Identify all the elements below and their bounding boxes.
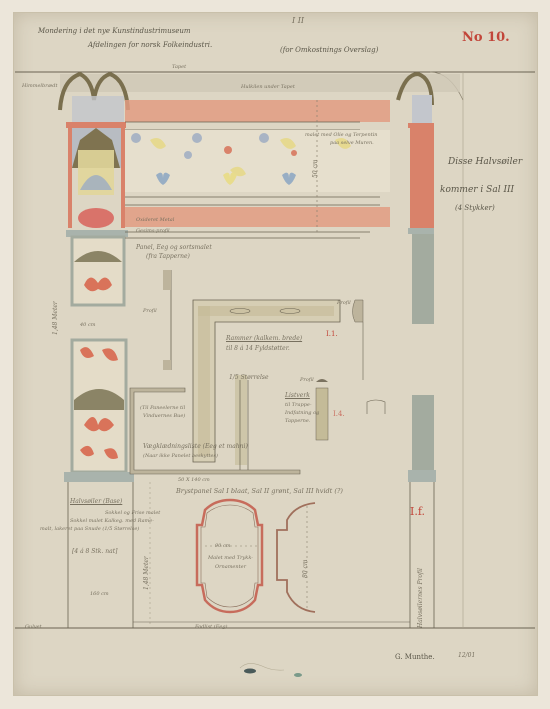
label-hoeiden: 1,48 Meter (143, 556, 150, 590)
mark-If: I.f. (410, 505, 425, 518)
label-cartouche-note-1: Malet med Trykk- (208, 555, 253, 561)
label-himmelbraedt: Himmelbrædt (22, 83, 58, 89)
label-listverk-4: Tapperne. (285, 418, 310, 424)
label-halvsoiler-title: Halvsøiler (Base) (70, 498, 122, 505)
column-shaft-upper (72, 237, 124, 305)
label-left-dim: 1,48 Meter (52, 301, 59, 335)
label-fodlist: Fodlist (Eeg) (195, 624, 227, 630)
signature-date: 12/01 (458, 652, 475, 659)
label-cartouche-note-2: Ornamenter (215, 564, 246, 570)
label-vaeglister-2: (Naar ikke Panelet beskyttes) (143, 453, 218, 459)
roman-marks: I II (292, 16, 304, 25)
label-rammer-2: til 8 á 14 Fyldstøtter. (226, 345, 290, 352)
label-vaeg-note-2: Vinduernes Bue) (143, 413, 185, 419)
label-hulkilen: Hulkilen under Tapet (241, 84, 295, 90)
right-column (398, 74, 436, 628)
sheet-number: No 10. (462, 30, 510, 45)
label-gulvet: Gulvet (25, 624, 42, 630)
label-vaeg-note-1: (Til Paneelerne til (140, 405, 185, 411)
profile-right (353, 300, 364, 380)
label-halvsoiler-2: Sokkel malet Kalkeg. med Rame- (70, 518, 154, 524)
label-halvsoiler-1: Sokkel og Frise malet (105, 510, 160, 516)
label-panel-2: (fra Tapperne) (146, 253, 190, 260)
label-rammer-1: Rammer (kalkem. brede) (226, 335, 302, 342)
mark-I1: I.1. (326, 330, 338, 338)
label-halvsoiler-4: [4 á 8 Stk. nat] (72, 548, 117, 555)
label-halvsoilernes-profil: Halvsøilernes Profil (417, 568, 424, 628)
label-tapet: Tapet (172, 64, 186, 70)
title-line-1: Mondering i det nye Kunstindustrimuseum (38, 27, 191, 35)
label-halvsoiler-3: malt, lakeret paa Snude (1/5 Størrelse) (40, 526, 139, 532)
label-profil-left: Profil (143, 308, 157, 314)
label-oxidered: Oxideret Metal (136, 217, 174, 223)
signature-name: G. Munthe. (395, 653, 435, 661)
label-listverk-3: Indfatning og (285, 410, 319, 416)
label-cartouche-dim: 90 cm (215, 543, 231, 549)
subtitle: (for Omkostnings Overslag) (280, 46, 378, 54)
label-col-width: 40 cm (80, 322, 96, 328)
label-listverk-2: til Trappe- (285, 402, 312, 408)
mark-I4: I.4. (333, 410, 345, 418)
listverk (316, 379, 385, 440)
label-cartouche-height: 80 cm (302, 559, 309, 578)
label-frieze-note-1: malet med Olie og Terpentin (305, 132, 378, 138)
label-panel-width: 160 cm (90, 591, 109, 597)
column-capital (60, 74, 128, 237)
label-gesims: Gesims-profil (136, 228, 170, 234)
label-frieze-height: 50 cm (312, 159, 319, 178)
label-stoerrelse: 1/5 Størrelse (229, 374, 269, 381)
architectural-drawing (0, 0, 550, 709)
title-line-2: Afdelingen for norsk Folkeindustri. (88, 41, 212, 49)
label-width-note: 50 X 140 cm (178, 477, 210, 483)
label-brystpanel: Brystpanel Sal I blaat, Sal II grønt, Sa… (176, 487, 343, 495)
side-note-line-3: (4 Stykker) (455, 204, 495, 212)
label-profil-right: Profil (337, 300, 351, 306)
column-shaft-lower (64, 340, 134, 482)
label-frieze-note-2: paa selve Muren. (330, 140, 374, 146)
label-vaeglister-1: Vægklædningsliste (Eeg et mahni) (143, 443, 248, 450)
panel-profile-left (163, 270, 171, 370)
bottom-sketch (240, 663, 302, 677)
side-note-line-2: kommer i Sal III (440, 185, 514, 195)
label-listverk: Listverk (285, 392, 310, 399)
side-note-line-1: Disse Halvsøiler (448, 157, 522, 167)
label-panel-1: Panel, Eeg og sortsmalet (136, 244, 212, 251)
label-profil-small: Profil (300, 377, 314, 383)
